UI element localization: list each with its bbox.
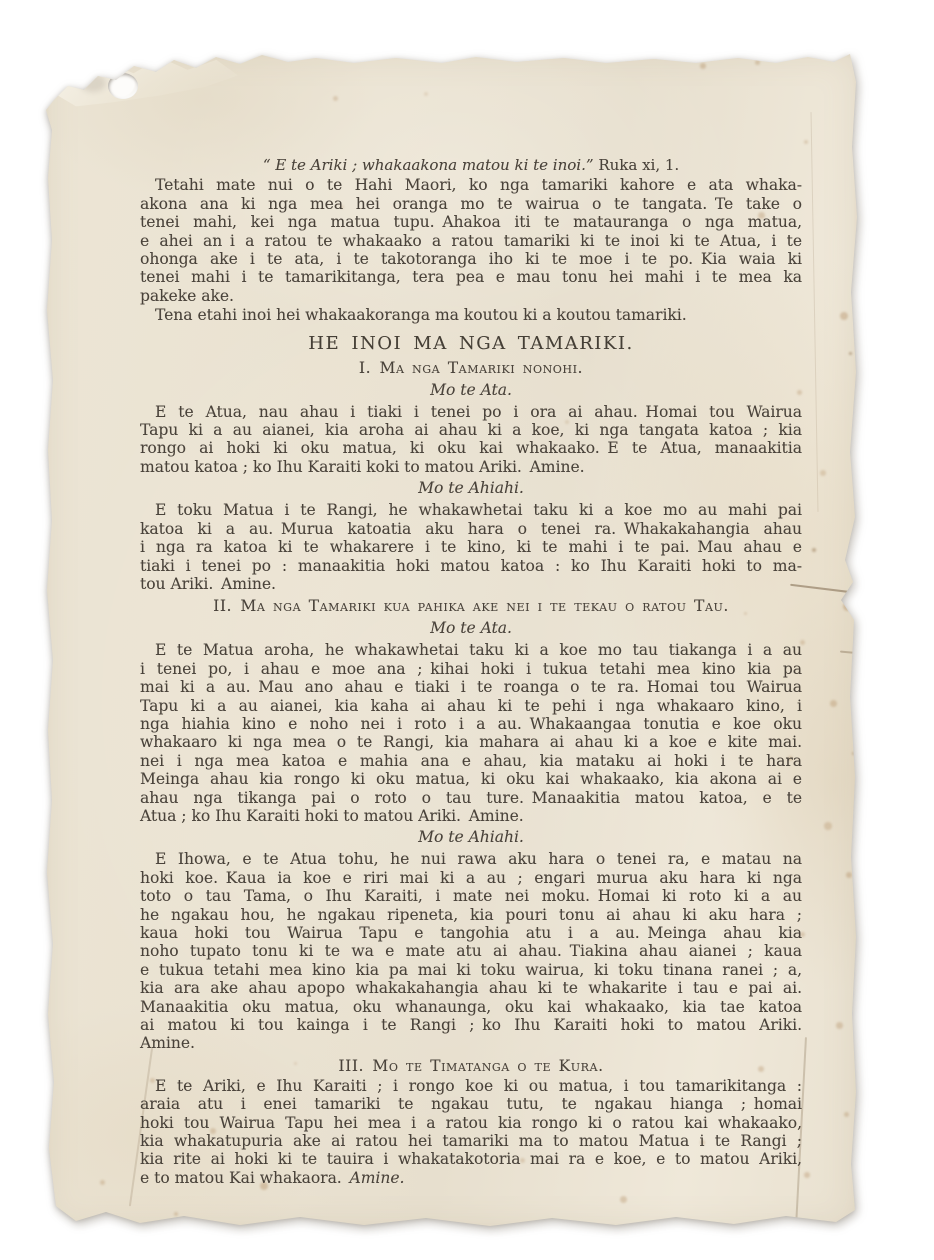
intro-paragraphs: Tetahi mate nui o te Hahi Maori, ko nga … bbox=[140, 176, 802, 324]
prayer-paragraph: E te Ariki, e Ihu Karaiti ; i rongo koe … bbox=[140, 1077, 802, 1187]
text-line: e ahei an i a ratou te whakaako a ratou … bbox=[140, 232, 802, 250]
text-line: Tetahi mate nui o te Hahi Maori, ko nga … bbox=[140, 176, 802, 194]
foxing-spot bbox=[830, 700, 837, 707]
text-line: ohonga ake i te ata, i te takotoranga ih… bbox=[140, 250, 802, 268]
crease-line bbox=[811, 112, 819, 512]
foxing-spot bbox=[840, 312, 848, 320]
epigraph-quote: “ E te Ariki ; whakaakona matou ki te in… bbox=[263, 156, 594, 174]
text-line: Tena etahi inoi hei whakaakoranga ma kou… bbox=[140, 306, 802, 324]
text-line: e to matou Kai whakaora. Amine. bbox=[140, 1169, 802, 1187]
subsection-heading: Mo te Ahiahi. bbox=[140, 479, 802, 498]
text-line: Tapu ki a au aianei, kia kaha ai ahau ki… bbox=[140, 697, 802, 715]
punch-hole-shadow bbox=[80, 74, 106, 92]
text-line: E te Ariki, e Ihu Karaiti ; i rongo koe … bbox=[140, 1077, 802, 1095]
prayer-paragraph: E toku Matua i te Rangi, he whakawhetai … bbox=[140, 501, 802, 593]
text-line: noho tupato tonu ki te wa e mate atu ai … bbox=[140, 942, 802, 960]
text-line: matou katoa ; ko Ihu Karaiti koki to mat… bbox=[140, 458, 802, 476]
section-heading: II. Ma nga Tamariki kua pahika ake nei i… bbox=[140, 597, 802, 616]
text-line: Meinga ahau kia rongo ki oku matua, ki o… bbox=[140, 770, 802, 788]
text-line: he ngakau hou, he ngakau ripeneta, kia p… bbox=[140, 906, 802, 924]
text-line: kia rite ai hoki ki te tauira i whakatak… bbox=[140, 1150, 802, 1168]
text-line: i tenei po, i ahau e moe ana ; kihai hok… bbox=[140, 660, 802, 678]
text-line: tou Ariki. Amine. bbox=[140, 575, 802, 593]
sections: I. Ma nga Tamariki nonohi.Mo te Ata.E te… bbox=[140, 359, 802, 1188]
text-line: kaua hoki tou Wairua Tapu e tangohia atu… bbox=[140, 924, 802, 942]
text-line: whakaaro ki nga mea o te Rangi, kia maha… bbox=[140, 733, 802, 751]
section-heading: I. Ma nga Tamariki nonohi. bbox=[140, 359, 802, 378]
text-line: kia whakatupuria ake ai ratou hei tamari… bbox=[140, 1132, 802, 1150]
section-heading: III. Mo te Timatanga o te Kura. bbox=[140, 1057, 802, 1076]
text-line: pakeke ake. bbox=[140, 287, 802, 305]
foxing-spot bbox=[846, 872, 852, 878]
foxing-spot bbox=[843, 602, 852, 611]
foxing-spot bbox=[620, 1196, 627, 1203]
paper-sheet: “ E te Ariki ; whakaakona matou ki te in… bbox=[44, 52, 858, 1230]
foxing-spot bbox=[844, 1112, 849, 1117]
text-line: i nga ra katoa ki te whakarere i te kino… bbox=[140, 538, 802, 556]
page-text: “ E te Ariki ; whakaakona matou ki te in… bbox=[140, 156, 802, 1188]
foxing-spot bbox=[700, 63, 706, 69]
prayer-paragraph: E te Matua aroha, he whakawhetai taku ki… bbox=[140, 641, 802, 825]
prayer-paragraph: E Ihowa, e te Atua tohu, he nui rawa aku… bbox=[140, 850, 802, 1052]
foxing-spot bbox=[755, 60, 760, 65]
text-line: E te Matua aroha, he whakawhetai taku ki… bbox=[140, 641, 802, 659]
epigraph: “ E te Ariki ; whakaakona matou ki te in… bbox=[140, 156, 802, 174]
text-line: hoki tou Wairua Tapu hei mea i a ratou k… bbox=[140, 1114, 802, 1132]
text-line: rongo ai hoki ki oku matua, ki oku kai w… bbox=[140, 439, 802, 457]
foxing-spot bbox=[812, 548, 816, 552]
text-line: mai ki a au. Mau ano ahau e tiaki i te r… bbox=[140, 678, 802, 696]
text-line: tenei mahi i te tamarikitanga, tera pea … bbox=[140, 268, 802, 286]
prayer-paragraph: Tetahi mate nui o te Hahi Maori, ko nga … bbox=[140, 176, 802, 305]
text-line: Manaakitia oku matua, oku whanaunga, oku… bbox=[140, 998, 802, 1016]
foxing-spot bbox=[824, 822, 832, 830]
text-line: nga hiahia kino e noho nei i roto i a au… bbox=[140, 715, 802, 733]
epigraph-reference: Ruka xi, 1. bbox=[598, 156, 679, 174]
text-line: ahau nga tikanga pai o roto o tau ture. … bbox=[140, 789, 802, 807]
prayer-paragraph: Tena etahi inoi hei whakaakoranga ma kou… bbox=[140, 306, 802, 324]
foxing-spot bbox=[804, 1172, 810, 1178]
scanned-page: “ E te Ariki ; whakaakona matou ki te in… bbox=[44, 52, 858, 1230]
text-line: e tukua tetahi mea kino kia pa mai ki to… bbox=[140, 961, 802, 979]
text-line: nei i nga mea katoa e mahia ana e ahau, … bbox=[140, 752, 802, 770]
foxing-spot bbox=[820, 470, 826, 476]
foxing-spot bbox=[849, 352, 852, 355]
text-line: ai matou ki tou kainga i te Rangi ; ko I… bbox=[140, 1016, 802, 1034]
main-title: HE INOI MA NGA TAMARIKI. bbox=[140, 333, 802, 355]
torn-edge-sliver bbox=[66, 53, 113, 67]
text-line: kia ara ake ahau apopo whakakahangia aha… bbox=[140, 979, 802, 997]
torn-edge-flap bbox=[58, 52, 238, 108]
foxing-spot bbox=[852, 752, 855, 755]
text-line: tenei mahi, kei nga matua tupu. Ahakoa i… bbox=[140, 213, 802, 231]
foxing-spot bbox=[174, 1212, 178, 1216]
text-line: E te Atua, nau ahau i tiaki i tenei po i… bbox=[140, 403, 802, 421]
foxing-spot bbox=[836, 1022, 843, 1029]
text-line: akona ana ki nga mea hei oranga mo te wa… bbox=[140, 195, 802, 213]
text-line: Atua ; ko Ihu Karaiti hoki to matou Arik… bbox=[140, 807, 802, 825]
foxing-spot bbox=[804, 140, 808, 144]
subsection-heading: Mo te Ahiahi. bbox=[140, 828, 802, 847]
text-line: araia atu i enei tamariki te ngakau tutu… bbox=[140, 1095, 802, 1113]
text-line: E toku Matua i te Rangi, he whakawhetai … bbox=[140, 501, 802, 519]
subsection-heading: Mo te Ata. bbox=[140, 619, 802, 638]
text-line: tiaki i tenei po : manaakitia hoki matou… bbox=[140, 557, 802, 575]
text-line: hoki koe. Kaua ia koe e riri mai ki a au… bbox=[140, 869, 802, 887]
foxing-spot bbox=[100, 1180, 105, 1185]
text-line: Tapu ki a au aianei, kia aroha ai ahau k… bbox=[140, 421, 802, 439]
foxing-spot bbox=[333, 96, 338, 101]
text-line: Amine. bbox=[140, 1034, 802, 1052]
crease-line bbox=[840, 651, 874, 655]
text-line: toto o tau Tama, o Ihu Karaiti, i mate n… bbox=[140, 887, 802, 905]
text-line: E Ihowa, e te Atua tohu, he nui rawa aku… bbox=[140, 850, 802, 868]
prayer-paragraph: E te Atua, nau ahau i tiaki i tenei po i… bbox=[140, 403, 802, 477]
text-line: katoa ki a au. Murua katoatia aku hara o… bbox=[140, 520, 802, 538]
punch-hole bbox=[108, 73, 138, 99]
foxing-spot bbox=[424, 92, 428, 96]
subsection-heading: Mo te Ata. bbox=[140, 381, 802, 400]
